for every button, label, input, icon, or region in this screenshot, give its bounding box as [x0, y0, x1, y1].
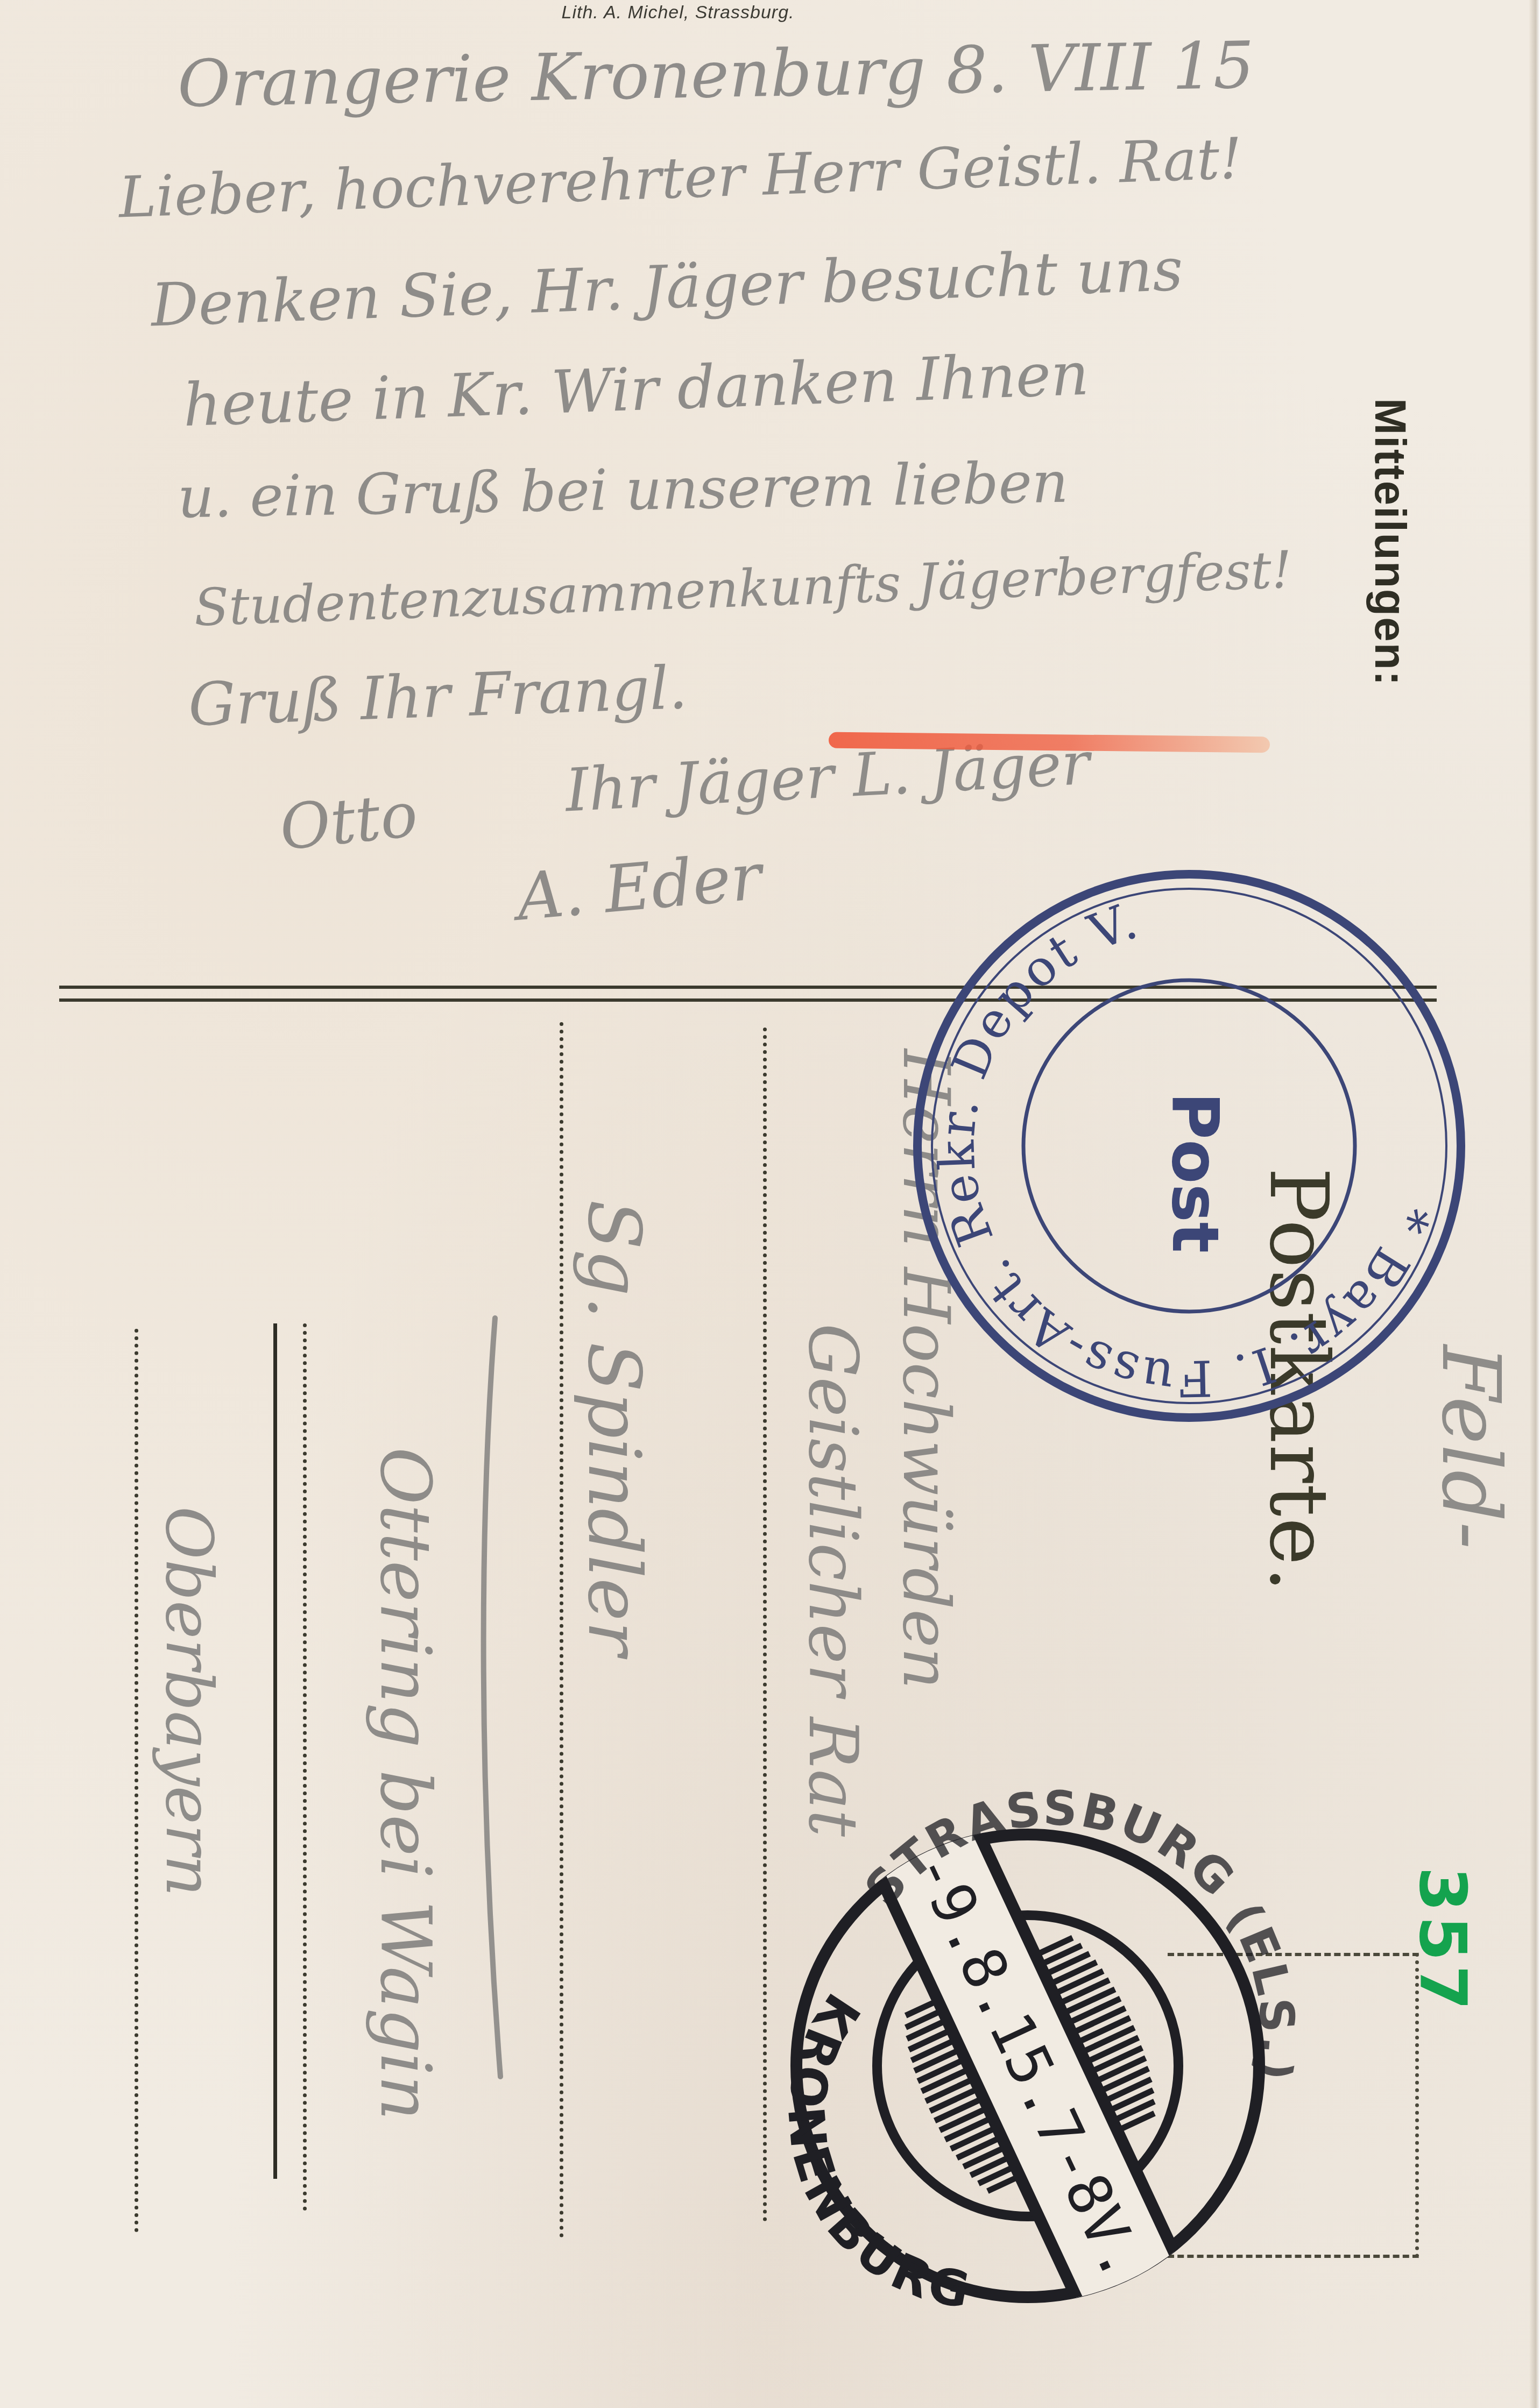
address-line-text: Ottering bei Wagin	[365, 1447, 447, 2120]
message-label: Mitteilungen:	[1365, 398, 1415, 686]
postcard-back: Lith. A. Michel, Strassburg. Orangerie K…	[0, 0, 1540, 2408]
address-line-text: Sg. Spindler	[572, 1200, 656, 1656]
address-line-text: Geistlicher Rat	[794, 1323, 872, 1837]
address-rule	[273, 1323, 277, 2179]
address-line	[763, 1028, 767, 2222]
cachet-center-text: Post	[1157, 1092, 1232, 1253]
signature: Otto	[277, 778, 421, 865]
address-line	[560, 1022, 563, 2238]
message-line: Orangerie Kronenburg 8. VIII 15	[177, 29, 1255, 122]
military-cachet: * Bayr. I. Fuss-Art. Rekr. Depot V. Post	[904, 861, 1474, 1431]
message-line: u. ein Gruß bei unserem lieben	[177, 450, 1069, 531]
address-line	[135, 1329, 138, 2233]
message-line: Lieber, hochverehrter Herr Geistl. Rat!	[118, 126, 1244, 231]
archive-number: 357	[1405, 1867, 1480, 2015]
postmark: -9.8.15.7-8V. STRASSBURG (ELS.) KRONENBU…	[780, 1818, 1275, 2313]
address-line-text: Oberbayern	[151, 1506, 226, 1896]
message-line: Denken Sie, Hr. Jäger besucht uns	[150, 235, 1184, 340]
message-line: Studentenzusammenkunfts Jägerbergfest!	[193, 540, 1293, 638]
address-line	[303, 1323, 307, 2211]
message-line: Gruß Ihr Frangl.	[187, 653, 688, 739]
pencil-stroke	[474, 1313, 517, 2087]
signature: A. Eder	[514, 839, 765, 935]
printer-imprint: Lith. A. Michel, Strassburg.	[484, 2, 872, 23]
postmark-date: -9.8.15.7-8V.	[900, 1841, 1158, 2290]
card-edge	[1529, 0, 1540, 2408]
message-line: heute in Kr. Wir danken Ihnen	[182, 339, 1090, 440]
